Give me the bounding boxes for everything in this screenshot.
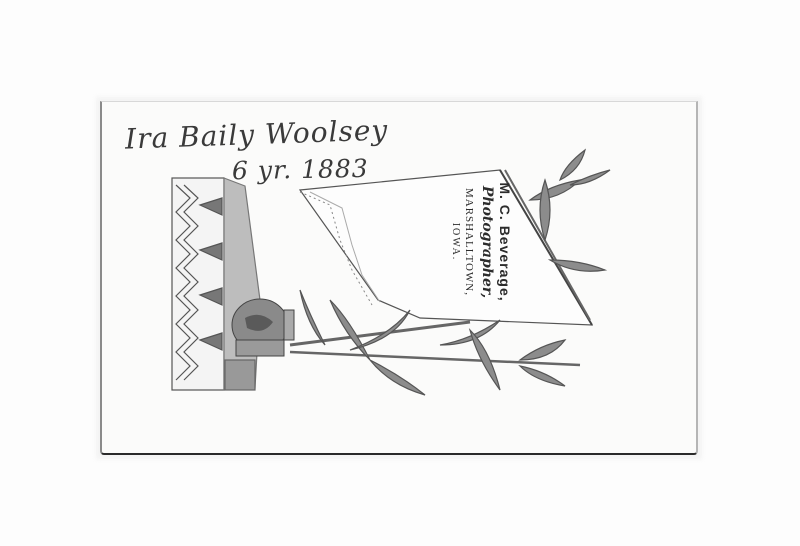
zigzag-panel — [172, 178, 260, 390]
studio-city: MARSHALLTOWN, — [463, 167, 475, 317]
studio-state: IOWA. — [450, 167, 461, 317]
photographer-name: M. C. Beverage, — [497, 167, 513, 317]
handwritten-date: 6 yr. 1883 — [232, 154, 369, 185]
photographer-imprint: M. C. Beverage, Photographer, MARSHALLTO… — [393, 177, 533, 307]
vase — [232, 299, 294, 356]
photographer-title: Photographer, — [479, 167, 495, 317]
